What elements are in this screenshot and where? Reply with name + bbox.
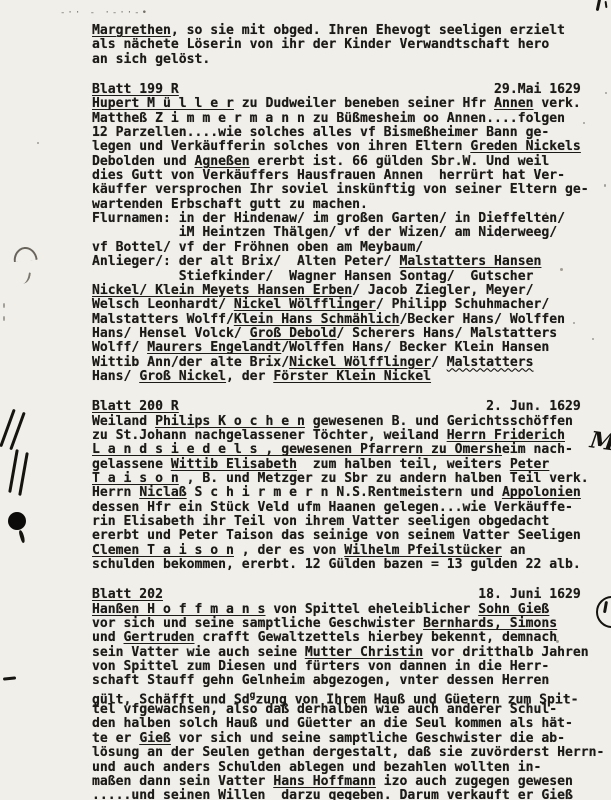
corner-mark-icon	[605, 1, 608, 8]
scan-speck	[560, 268, 563, 271]
text-line: Weiland Philips K o c h e n gewesenen B.…	[92, 415, 604, 429]
text-line: vf Bottel/ vf der Fröhnen oben am Meybau…	[92, 241, 604, 255]
text-line: lösung an der Seulen gethan dergestalt, …	[92, 746, 604, 760]
margin-dash-icon	[3, 676, 16, 680]
text-line: ererbt und Peter Taison das seinige von …	[92, 529, 604, 543]
text-line: wartenden Erbschaft gutt zu machen.	[92, 198, 604, 212]
text-line: sein Vatter wie auch seine Mutter Christ…	[92, 646, 604, 660]
text-line: an sich gelöst.	[92, 53, 604, 67]
text-line: legen und Verkäufferin solches von ihren…	[92, 140, 604, 154]
margin-ink-dot-icon	[8, 512, 26, 530]
text-line: den halben solch Hauß und Güetter an die…	[92, 717, 604, 731]
margin-comma-icon	[18, 530, 26, 544]
scan-speck	[37, 142, 39, 144]
text-line: schulden bekommen, ererbt. 12 Gülden baz…	[92, 558, 604, 572]
text-line: gelassene Wittib Elisabeth zum halben te…	[92, 458, 604, 472]
scan-speck	[500, 236, 502, 238]
text-line: Wittib Ann/der alte Brix/Nickel Wölfflin…	[92, 356, 604, 370]
scan-speck	[3, 303, 5, 308]
blatt-heading-line: Blatt 200 R 2. Jun. 1629	[92, 400, 604, 414]
scan-speck	[545, 212, 547, 214]
corner-mark-icon	[596, 0, 602, 11]
scan-speck	[583, 122, 585, 124]
blank-line	[92, 572, 604, 588]
text-line: als nächete Löserin von ihr der Kinder V…	[92, 38, 604, 52]
text-line: Welsch Leonhardt/ Nickel Wölfflinger/ Ph…	[92, 298, 604, 312]
scan-speck	[592, 338, 594, 340]
text-line: dessen Hfr ein Stück Veld ufm Haanen gel…	[92, 501, 604, 515]
text-line: käuffer versprochen Ihr soviel inskünfti…	[92, 183, 604, 197]
document-text: Margrethen, so sie mit obged. Ihren Ehev…	[92, 24, 604, 800]
text-line: Herrn Niclaß S c h i r m e r n N.S.Rentm…	[92, 486, 604, 500]
blank-line	[92, 67, 604, 83]
text-line: Hupert M ü l l e r zu Dudweiler beneben …	[92, 97, 604, 111]
blank-line	[92, 384, 604, 400]
scan-speck	[556, 640, 559, 643]
text-line: Clemen T a i s o n , der es von Wilhelm …	[92, 544, 604, 558]
scan-speck	[604, 184, 606, 187]
text-line: schaft Stauff gehn Gelnheim abgezogen, v…	[92, 674, 604, 688]
stray-pen-marks: -·· - ·-··-•	[60, 8, 149, 18]
scan-speck	[573, 322, 575, 324]
margin-scribble-icon: M	[588, 426, 611, 456]
scan-speck	[605, 92, 607, 94]
text-line: iM Heintzen Thälgen/ vf der Wizen/ am Ni…	[92, 226, 604, 240]
text-line: te er Gieß vor sich und seine samptliche…	[92, 732, 604, 746]
text-line: Anlieger/: der alt Brix/ Alten Peter/ Ma…	[92, 255, 604, 269]
text-line: und auch anders Schulden ablegen und bez…	[92, 761, 604, 775]
text-line: Mattheß Z i m m e r m a n n zu Büßmeshei…	[92, 112, 604, 126]
text-line: Hanßen H o f f m a n s von Spittel ehele…	[92, 603, 604, 617]
text-line: Malstatters Wolff/Klein Hans Schmählich/…	[92, 313, 604, 327]
text-line: Stiefkinder/ Wagner Hansen Sontag/ Gutsc…	[92, 270, 604, 284]
text-line: und Gertruden crafft Gewaltzettels hierb…	[92, 631, 604, 645]
margin-slash-icon	[8, 449, 19, 493]
scanned-document-page: Margrethen, so sie mit obged. Ihren Ehev…	[0, 0, 611, 800]
margin-arc-icon	[12, 246, 37, 262]
text-line: Hans/ Groß Nickel, der Förster Klein Nic…	[92, 370, 604, 384]
text-line: Wolff/ Maurers Engelandt/Wolffen Hans/ B…	[92, 341, 604, 355]
text-line: gült, Schäfft und Sdgzung von Ihrem Hauß…	[92, 689, 604, 703]
text-line: L a n d s i e d e l s , gewesenen Pfarre…	[92, 443, 604, 457]
blatt-heading-line: Blatt 202 18. Juni 1629	[92, 588, 604, 602]
text-line: Debolden und Agneßen ererbt ist. 66 güld…	[92, 155, 604, 169]
margin-hook-icon	[21, 271, 31, 284]
text-line: .....und seinen Willen darzu gegeben. Da…	[92, 789, 604, 800]
scan-speck	[3, 316, 5, 321]
margin-slash-icon	[18, 452, 29, 496]
